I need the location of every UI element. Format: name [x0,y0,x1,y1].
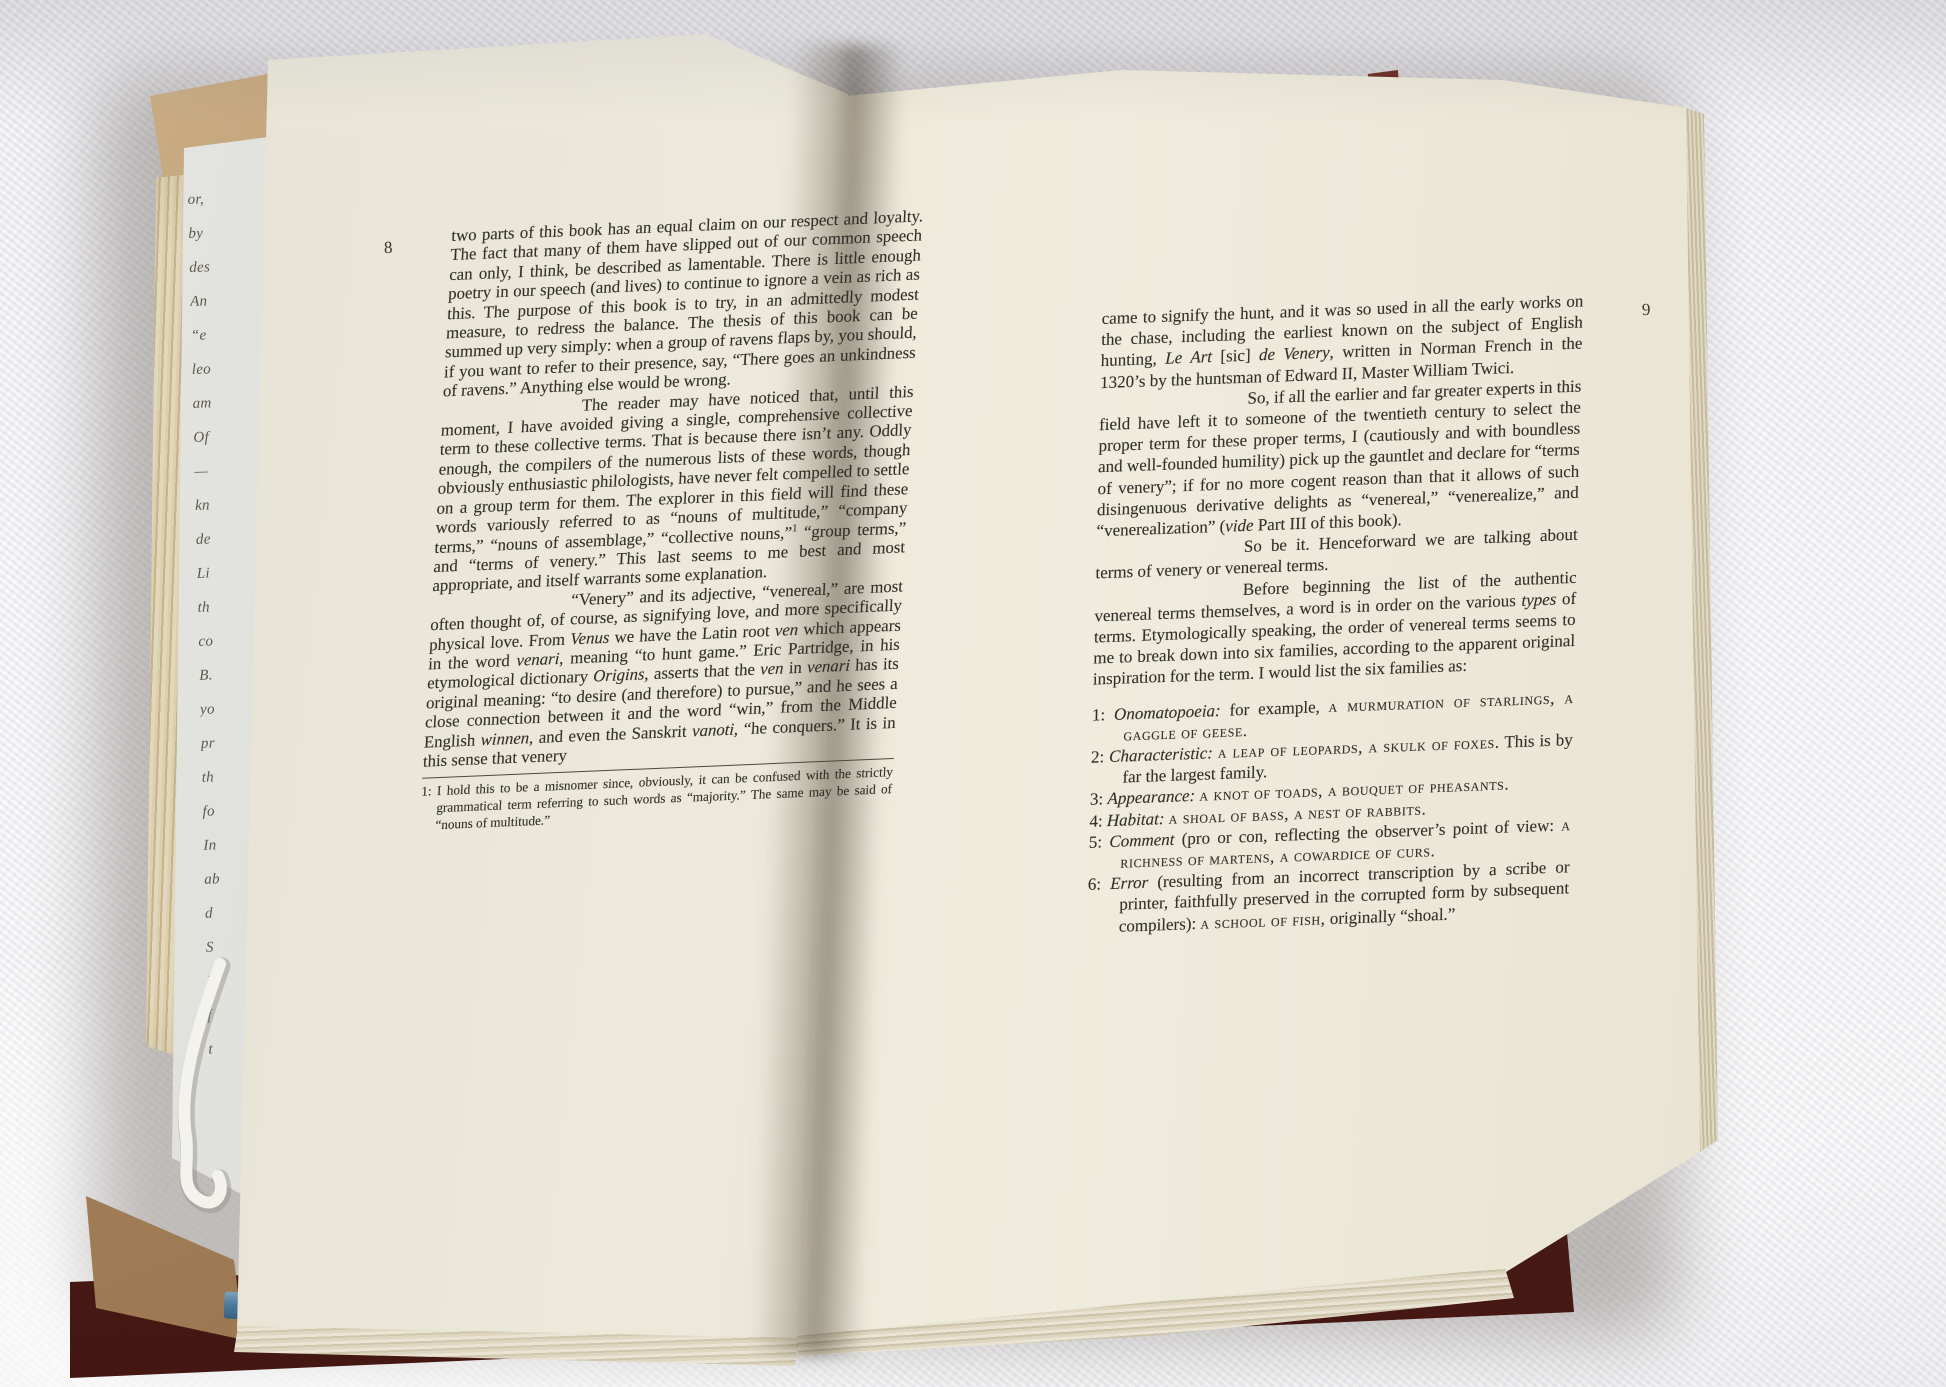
left-page-text-column: two parts of this book has an equal clai… [419,206,924,834]
left-page-number: 8 [384,238,393,258]
right-page-number: 9 [1642,300,1651,320]
list-item-number: 1: [1092,705,1106,725]
list-item-number: 2: [1091,747,1105,767]
right-page-text-column: came to signify the hunt, and it was so … [1087,290,1584,938]
bookmark-cord [158,956,288,1226]
book-photo-scene: or,bydesAn“eleoamOf—kndeLithcoB.yoprthfo… [0,0,1946,1387]
list-item-number: 3: [1090,790,1104,810]
list-item-number: 4: [1089,811,1103,831]
list-item-number: 6: [1088,875,1102,895]
six-families-list: 1: Onomatopoeia: for example, a murmurat… [1087,687,1574,938]
paragraph: “Venery” and its adjective, “venereal,” … [422,576,903,771]
list-item-number: 5: [1089,832,1103,852]
paragraph: The reader may have noticed that, until … [432,381,914,595]
paragraph: Before beginning the list of the authent… [1093,566,1577,690]
paragraph: So, if all the earlier and far greater e… [1096,375,1581,541]
paragraph: two parts of this book has an equal clai… [443,206,924,401]
